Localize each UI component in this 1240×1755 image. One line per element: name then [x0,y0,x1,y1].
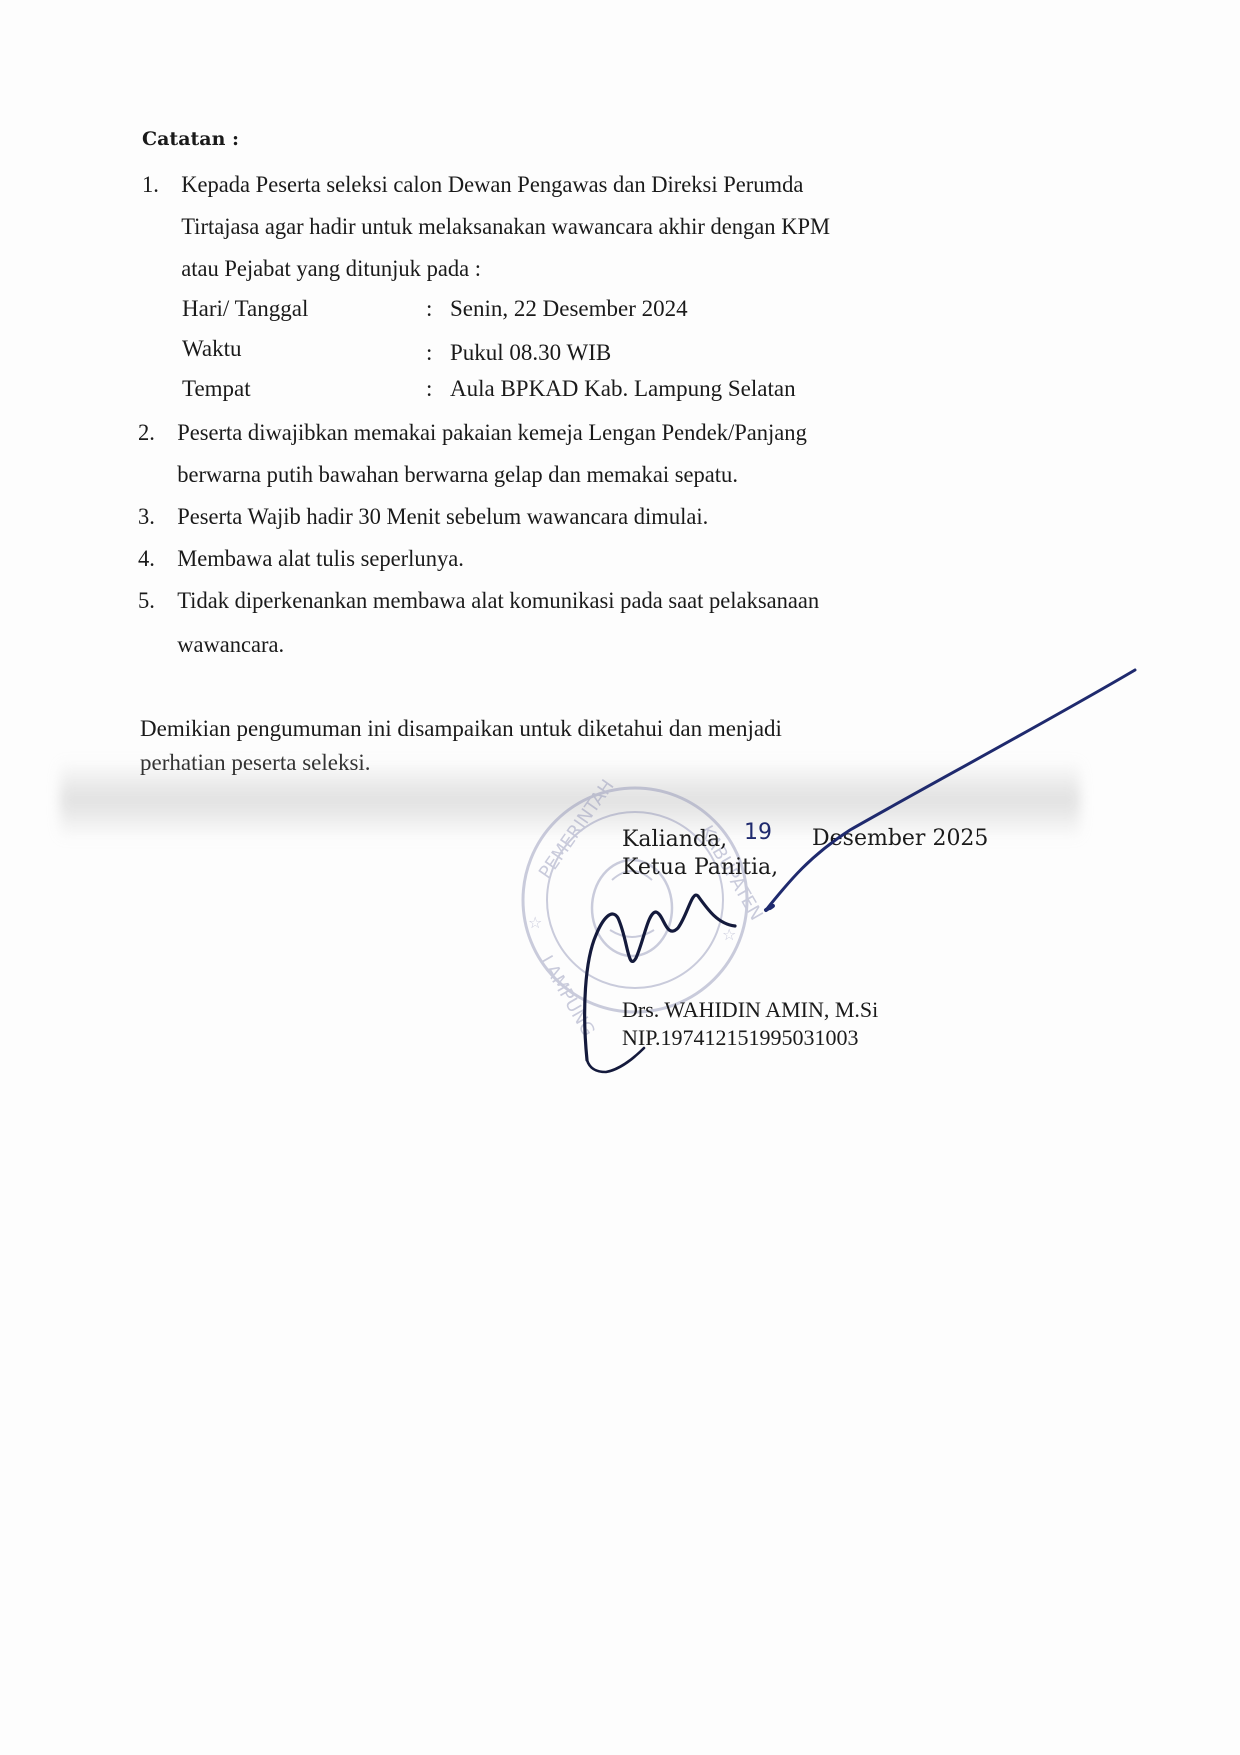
handwritten-signature [0,0,1240,1755]
document-page: Catatan : 1. Kepada Peserta seleksi calo… [0,0,1240,1755]
